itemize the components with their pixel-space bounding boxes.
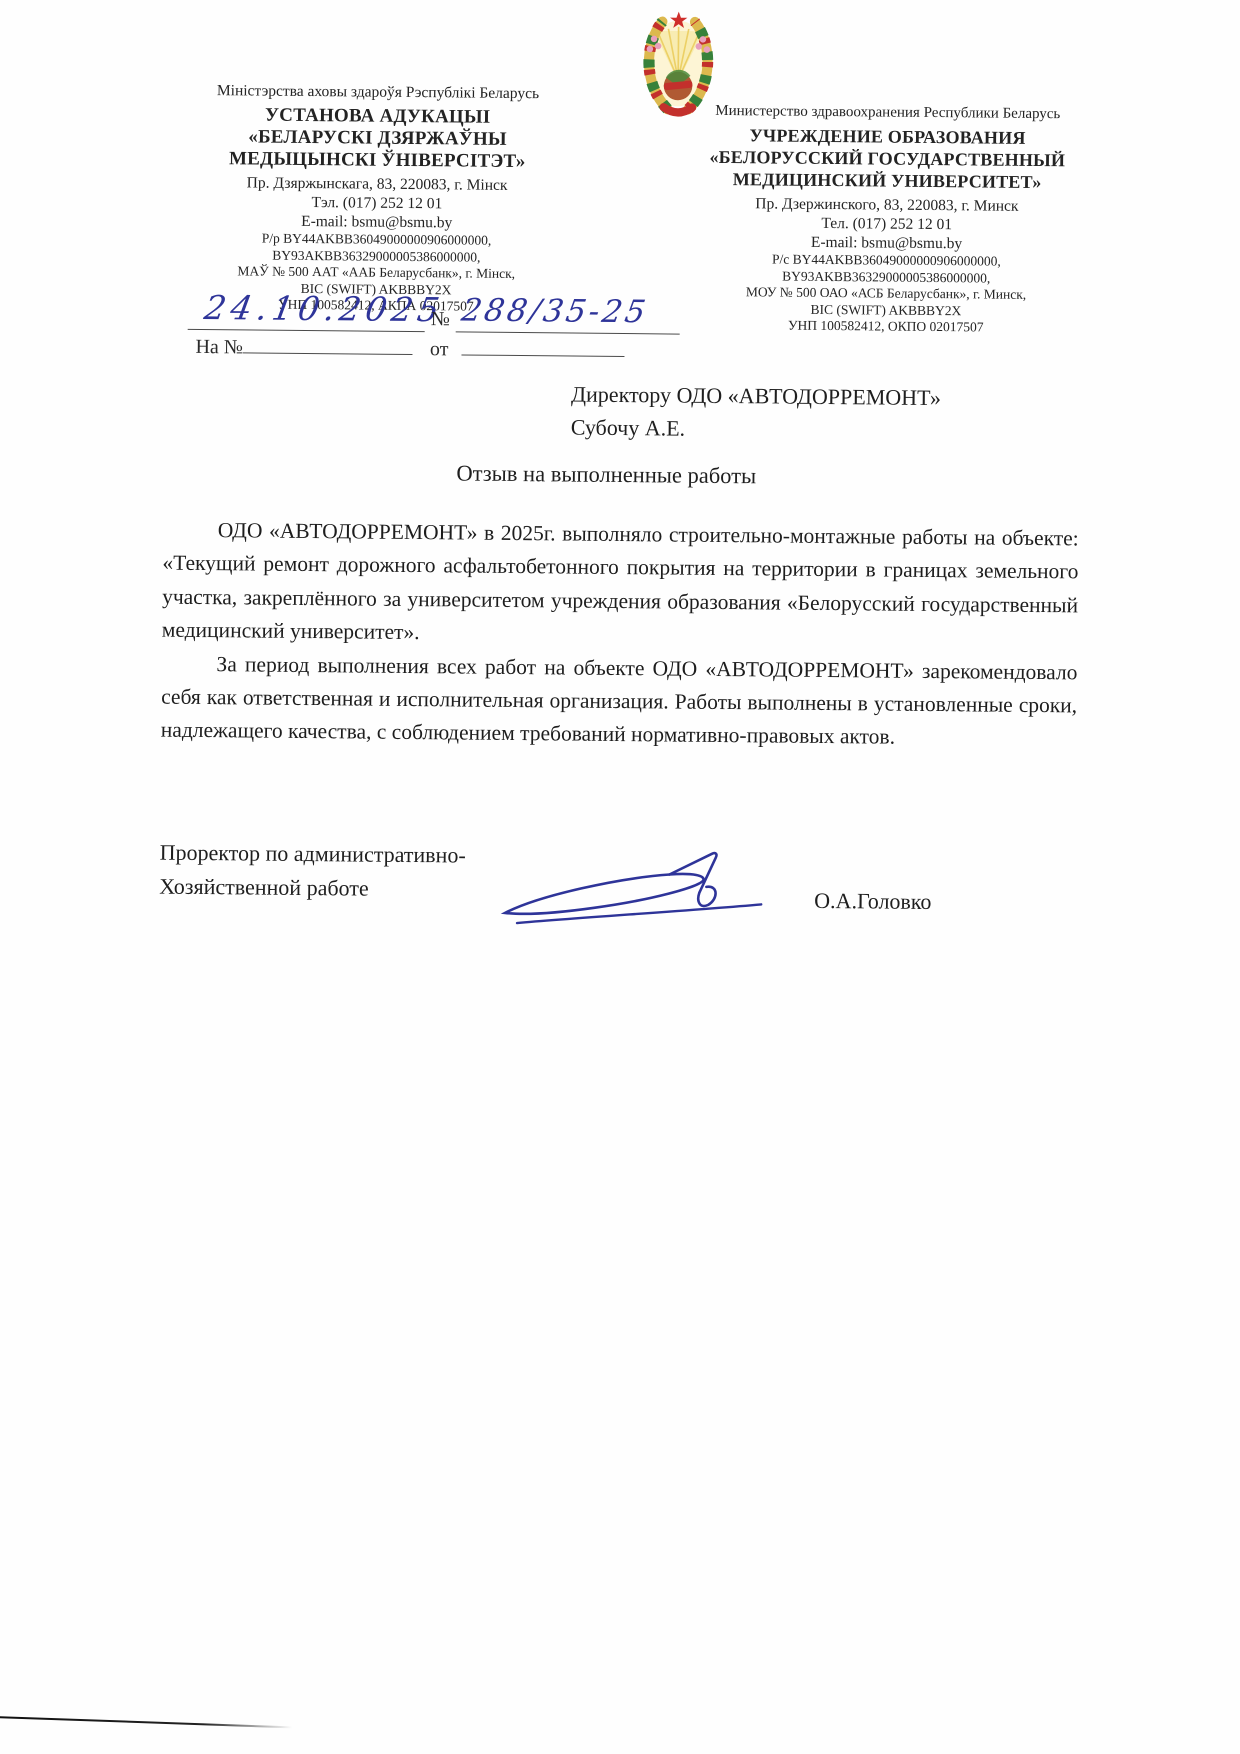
- reply-label: На №: [195, 336, 243, 358]
- recipient-position: Директору ОДО «АВТОДОРРЕМОНТ»: [571, 378, 941, 415]
- org-name-ru: МЕДИЦИНСКИЙ УНИВЕРСИТЕТ»: [661, 167, 1113, 193]
- handwritten-signature: [499, 847, 770, 945]
- org-name-by: МЕДЫЦЫНСКІ ЎНІВЕРСІТЭТ»: [151, 147, 603, 173]
- signatory-position-line: Проректор по административно-: [160, 836, 466, 873]
- date-underline: [188, 296, 425, 332]
- number-underline: [456, 298, 680, 334]
- recipient-name: Субочу А.Е.: [571, 411, 941, 448]
- reply-date-underline: [461, 336, 624, 357]
- ministry-line-by: Міністэрства аховы здароўя Рэспублікі Бе…: [152, 80, 604, 104]
- recipient-block: Директору ОДО «АВТОДОРРЕМОНТ» Субочу А.Е…: [571, 378, 942, 448]
- document-title: Отзыв на выполненные работы: [0, 456, 1226, 494]
- ministry-line-ru: Министерство здравоохранения Республики …: [662, 100, 1114, 124]
- signatory-position-line: Хозяйственной работе: [159, 870, 465, 907]
- reply-reference-line: На № от: [195, 334, 624, 363]
- scan-content: Міністэрства аховы здароўя Рэспублікі Бе…: [0, 0, 1240, 1754]
- reply-number-underline: [243, 334, 413, 355]
- bank-line-ru: УНП 100582412, ОКПО 02017507: [660, 316, 1112, 337]
- letterhead-left: Міністэрства аховы здароўя Рэспублікі Бе…: [150, 80, 604, 316]
- document-body: ОДО «АВТОДОРРЕМОНТ» в 2025г. выполняло с…: [161, 514, 1079, 757]
- number-sign: №: [431, 308, 450, 331]
- scan-artifact-line: [0, 1716, 292, 1728]
- reply-from-label: от: [430, 338, 449, 360]
- body-paragraph: ОДО «АВТОДОРРЕМОНТ» в 2025г. выполняло с…: [162, 514, 1079, 656]
- letterhead-right: Министерство здравоохранения Республики …: [660, 100, 1114, 337]
- body-paragraph: За период выполнения всех работ на объек…: [161, 647, 1078, 756]
- signatory-position: Проректор по административно- Хозяйствен…: [159, 836, 466, 907]
- org-name-ru: «БЕЛОРУССКИЙ ГОСУДАРСТВЕННЫЙ: [661, 145, 1113, 171]
- signature-stroke: [499, 847, 770, 945]
- scanned-letter-page: Міністэрства аховы здароўя Рэспублікі Бе…: [0, 0, 1240, 1754]
- signatory-name: О.А.Головко: [814, 888, 931, 915]
